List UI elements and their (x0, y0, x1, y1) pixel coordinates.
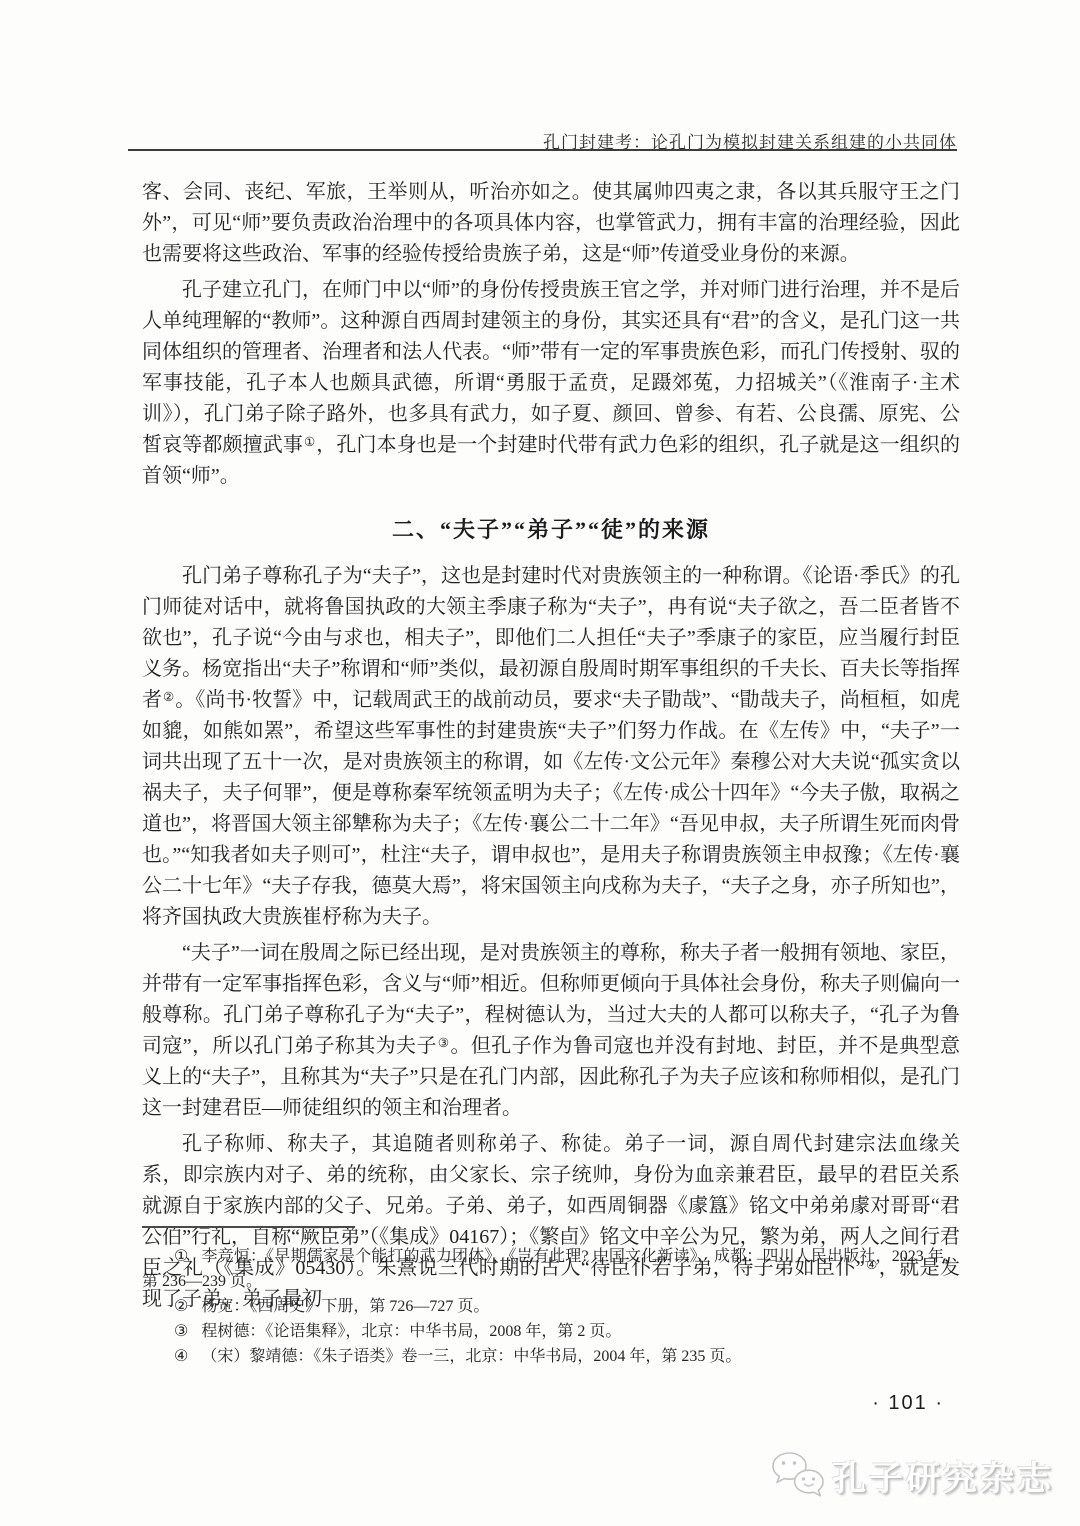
footnotes-list: ①李竞恒：《早期儒家是个能打的武力团体》，《岂有此理? 中国文化新读》，成都：四… (142, 1244, 960, 1369)
page-number: · 101 · (872, 1392, 944, 1415)
footnote-marker: ① (174, 1248, 189, 1265)
section-heading: 二、“夫子”“弟子”“徒”的来源 (142, 514, 960, 545)
body-paragraph: 孔门弟子尊称孔子为“夫子”，这也是封建时代对贵族领主的一种称谓。《论语·季氏》的… (142, 561, 960, 933)
journal-watermark: 孔子研究杂志 (769, 1449, 1054, 1501)
chat-bubbles-icon (769, 1449, 827, 1501)
footnote-marker: ③ (174, 1323, 188, 1340)
body-paragraph: “夫子”一词在殷周之际已经出现，是对贵族领主的尊称，称夫子者一般拥有领地、家臣，… (142, 938, 960, 1124)
body-paragraph: 客、会同、丧纪、军旅，王举则从，听治亦如之。使其属帅四夷之隶，各以其兵服守王之门… (142, 177, 960, 270)
footnote-separator (142, 1226, 355, 1228)
header-rule (128, 149, 957, 151)
footnote-item: ②杨宽：《西周史》下册，第 726—727 页。 (142, 1294, 960, 1319)
paragraphs-top: 客、会同、丧纪、军旅，王举则从，听治亦如之。使其属帅四夷之隶，各以其兵服守王之门… (142, 177, 960, 492)
watermark-text: 孔子研究杂志 (832, 1451, 1054, 1500)
footnote-item: ④（宋）黎靖德：《朱子语类》卷一三，北京：中华书局，2004 年，第 235 页… (142, 1344, 960, 1369)
journal-page: 孔门封建考：论孔门为模拟封建关系组建的小共同体 客、会同、丧纪、军旅，王举则从，… (0, 0, 1080, 1526)
footnote-marker: ② (174, 1298, 188, 1315)
footnote-item: ③程树德：《论语集释》，北京：中华书局，2008 年，第 2 页。 (142, 1319, 960, 1344)
paragraphs-section: 孔门弟子尊称孔子为“夫子”，这也是封建时代对贵族领主的一种称谓。《论语·季氏》的… (142, 561, 960, 1315)
article-body: 客、会同、丧纪、军旅，王举则从，听治亦如之。使其属帅四夷之隶，各以其兵服守王之门… (142, 177, 960, 1315)
footnote-ref: ② (162, 690, 175, 704)
footnote-item: ①李竞恒：《早期儒家是个能打的武力团体》，《岂有此理? 中国文化新读》，成都：四… (142, 1244, 960, 1294)
footnotes-block: ①李竞恒：《早期儒家是个能打的武力团体》，《岂有此理? 中国文化新读》，成都：四… (142, 1226, 960, 1369)
footnote-ref: ③ (437, 1036, 451, 1050)
footnote-ref: ① (303, 435, 316, 449)
body-paragraph: 孔子建立孔门，在师门中以“师”的身份传授贵族王官之学，并对师门进行治理，并不是后… (142, 275, 960, 492)
footnote-marker: ④ (174, 1348, 188, 1365)
